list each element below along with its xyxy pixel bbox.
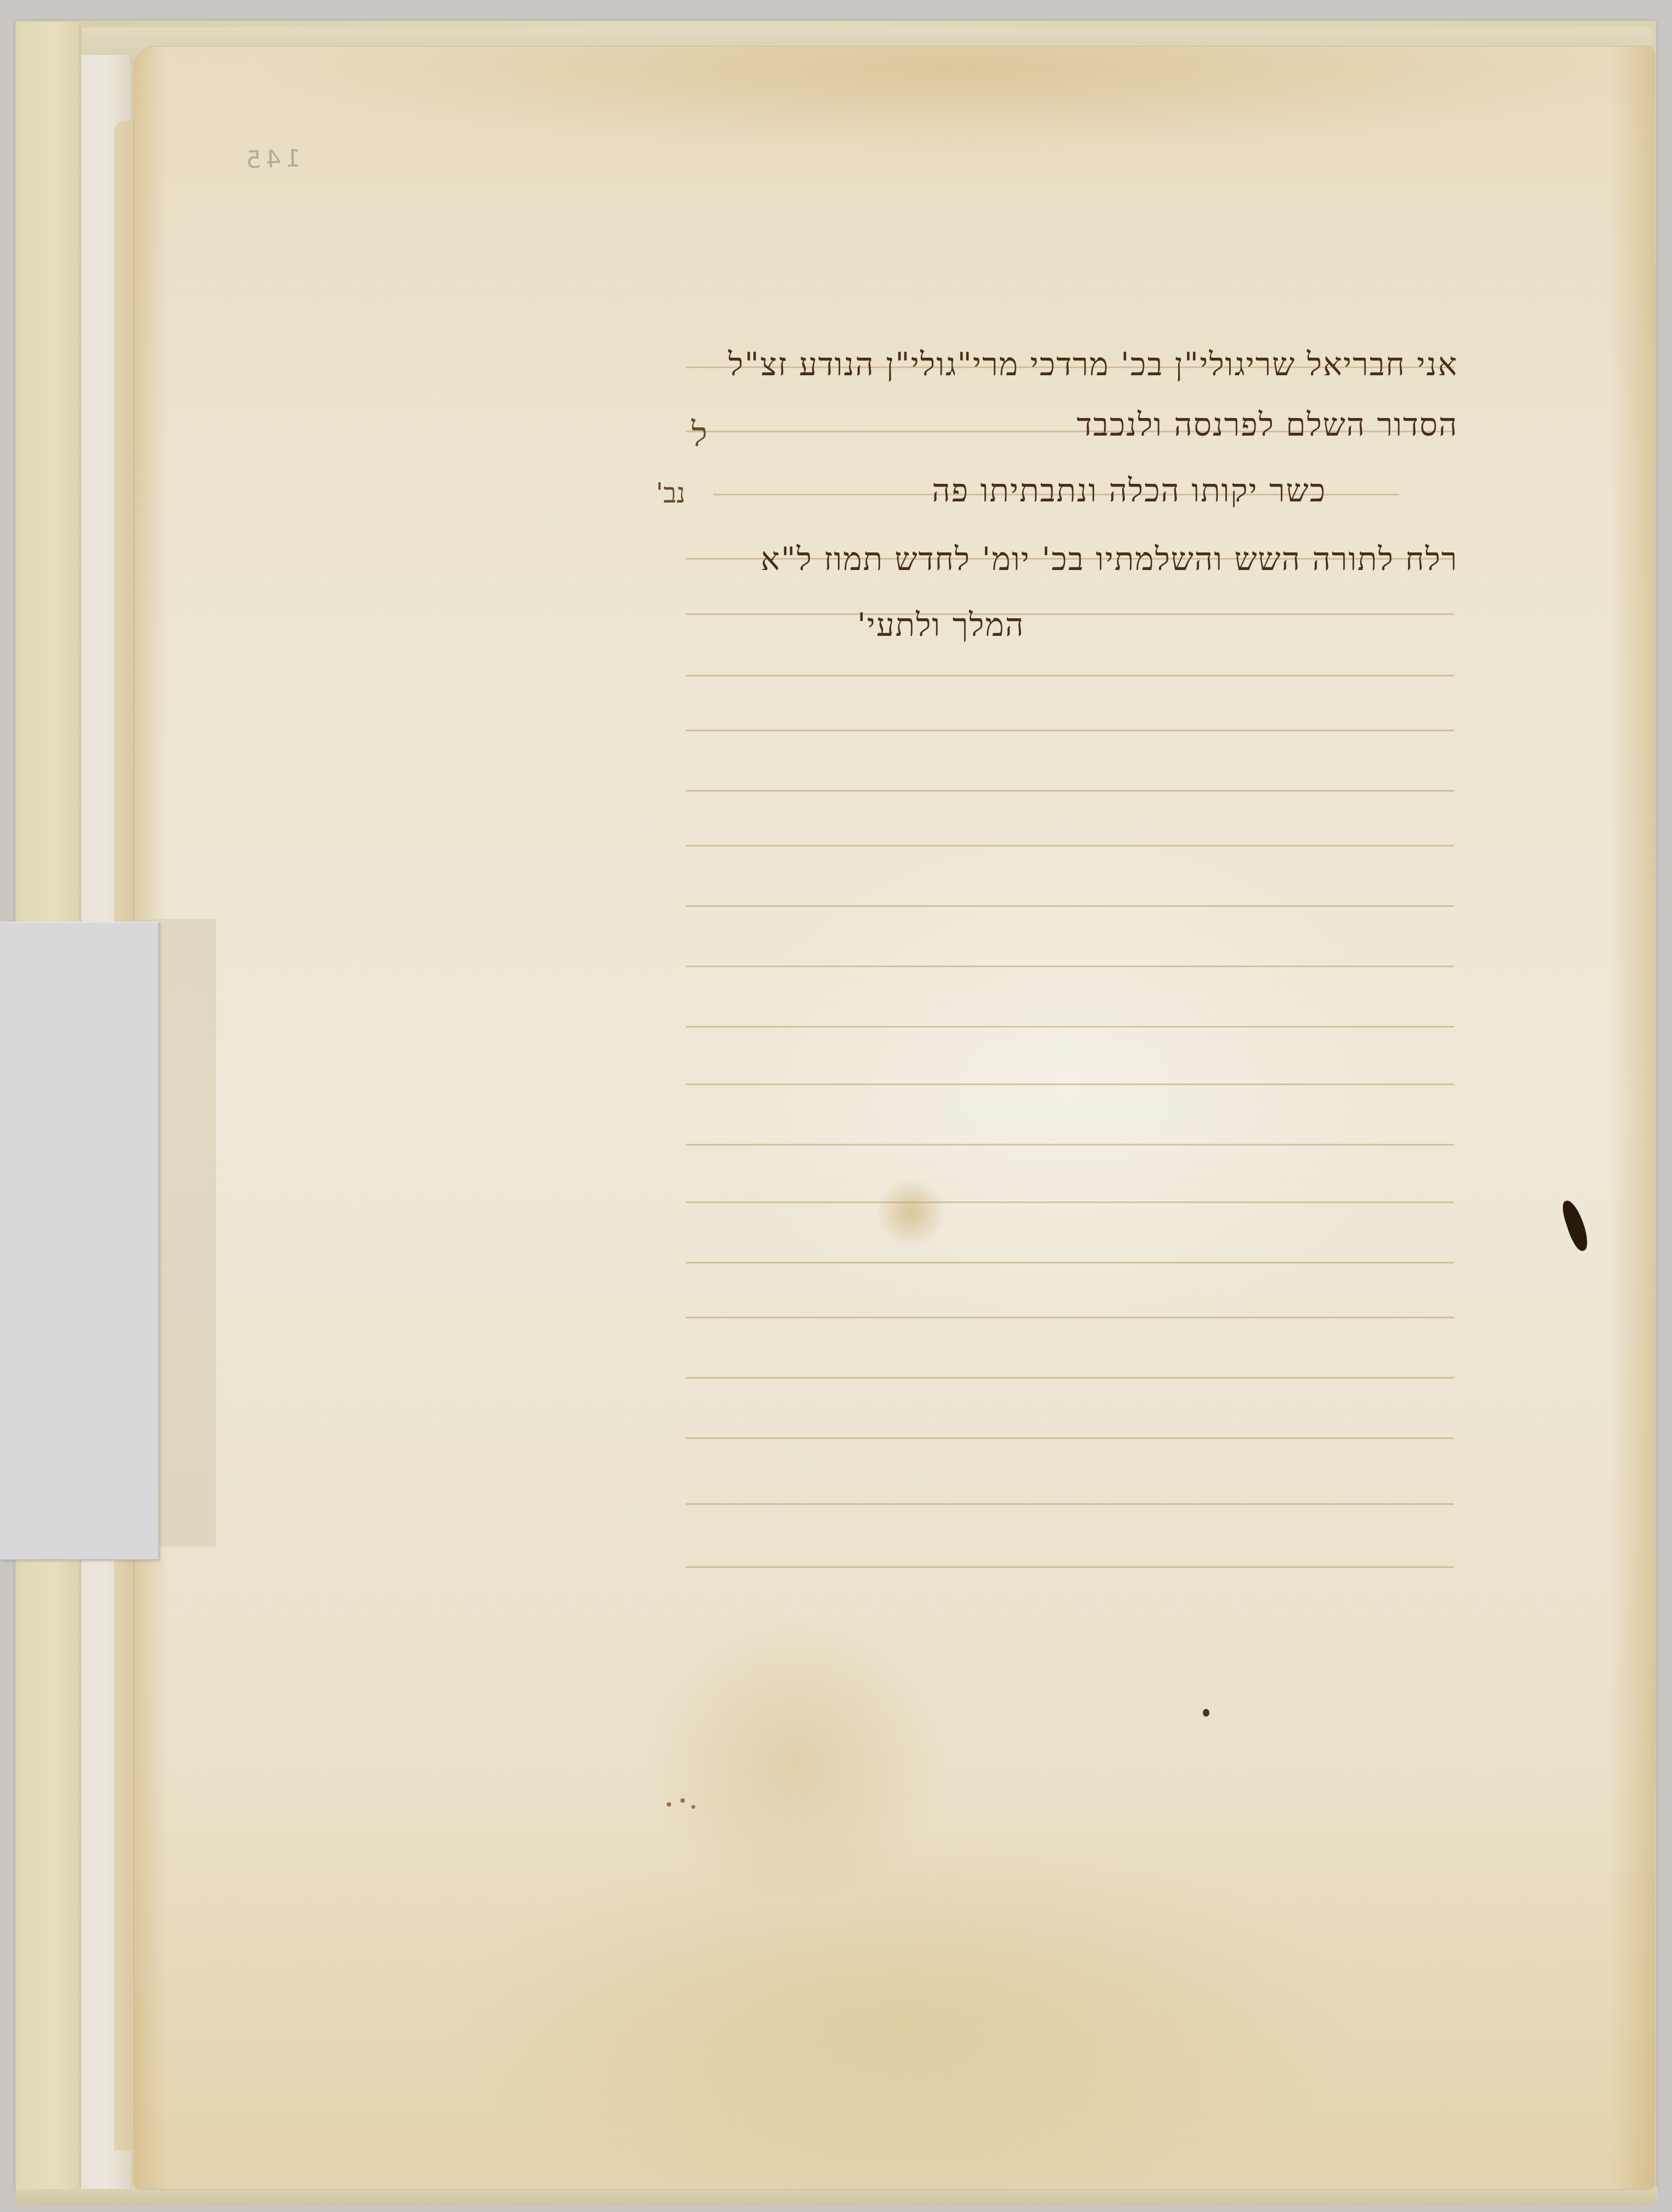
margin-note-line-3: נב' [656,477,685,509]
ink-dot [691,1805,695,1809]
binding-bottom-edge [16,2186,1657,2205]
folio-number: 145 [241,144,301,174]
ink-dot [667,1802,671,1807]
ruling-line [686,1437,1454,1439]
ruling-line [686,790,1454,792]
ink-dot [1203,1709,1209,1717]
ruling-line [686,966,1454,967]
colophon-line-5: המלך ולתעי' [805,606,1024,644]
colophon-line-2: הסדור השלם לפרנסה ולנכבד [964,406,1458,443]
ruling-line [686,1262,1454,1263]
colophon-line-4: רלח לתורה השש והשלמתיו בכ' יומ' לחדש תמו… [717,540,1458,578]
stain [878,1174,944,1251]
archival-paper-tab[interactable] [0,922,159,1560]
stain [631,1624,960,1898]
colophon-line-1: אני חבריאל שריגולי"ן בכ' מרדכי מרי"גולי"… [690,346,1458,383]
ruling-line [686,905,1454,907]
ruling-line [686,845,1454,847]
ruling-line [686,675,1454,676]
ruling-line [686,1026,1454,1028]
colophon-line-3: כשר יקותו הכלה ונתבתיתו פה [887,472,1326,509]
ruling-line [686,1503,1454,1505]
ruling-line [686,1144,1454,1145]
ruling-line [686,730,1454,731]
ruling-line [686,1566,1454,1568]
ruling-line [686,613,1454,615]
margin-note-line-2: ל [691,414,707,455]
ink-dot [680,1798,685,1803]
ruling-line [686,1084,1454,1085]
ruling-line [686,1201,1454,1203]
ruling-line [686,1377,1454,1379]
ruling-line [686,1317,1454,1318]
